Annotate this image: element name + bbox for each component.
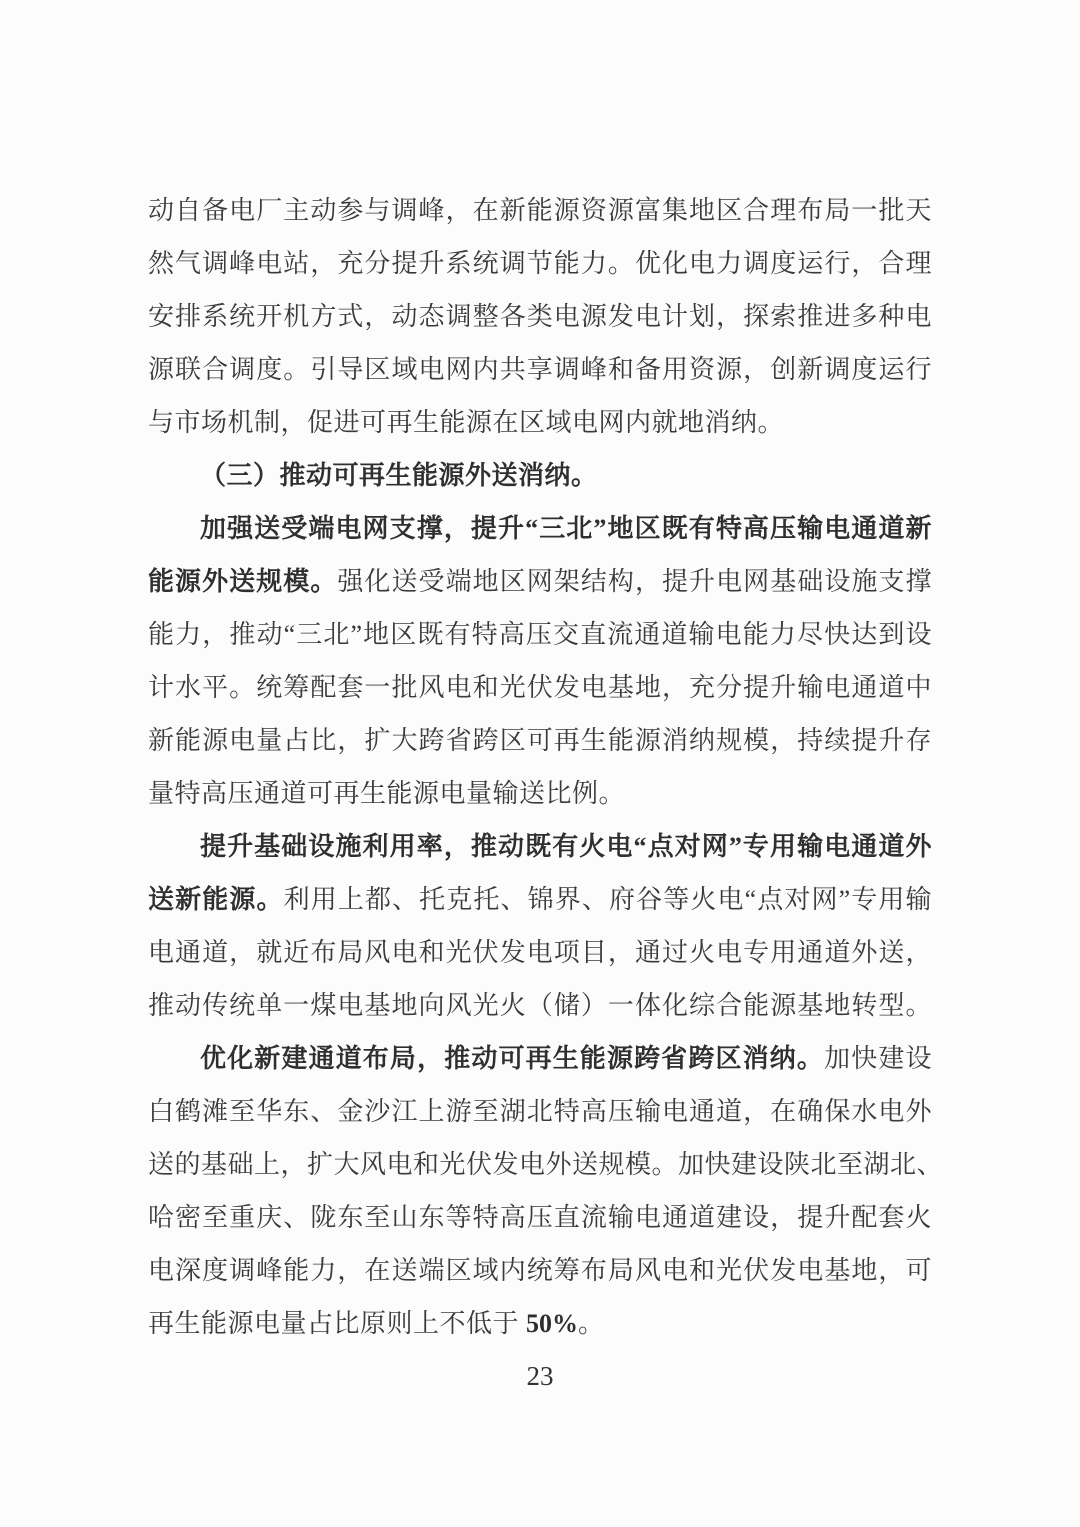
text-line: 量特高压通道可再生能源电量输送比例。 (148, 767, 932, 820)
text-line: 哈密至重庆、陇东至山东等特高压直流输电通道建设，提升配套火 (148, 1191, 932, 1244)
text-line: 源联合调度。引导区域电网内共享调峰和备用资源，创新调度运行 (148, 343, 932, 396)
text-line: （三）推动可再生能源外送消纳。 (148, 449, 932, 502)
document-page: 动自备电厂主动参与调峰，在新能源资源富集地区合理布局一批天然气调峰电站，充分提升… (0, 0, 1080, 1527)
text-segment: 送的基础上，扩大风电和光伏发电外送规模。加快建设陕北至湖北、 (148, 1150, 932, 1179)
text-line: 能力，推动“三北”地区既有特高压交直流通道输电能力尽快达到设 (148, 608, 932, 661)
text-line: 优化新建通道布局，推动可再生能源跨省跨区消纳。加快建设 (148, 1032, 932, 1085)
text-segment: 新能源电量占比，扩大跨省跨区可再生能源消纳规模，持续提升存 (148, 726, 932, 755)
text-segment: 加快建设 (824, 1044, 932, 1073)
text-segment: 源联合调度。引导区域电网内共享调峰和备用资源，创新调度运行 (148, 355, 932, 384)
text-segment: 加强送受端电网支撑，提升“三北”地区既有特高压输电通道新 (200, 514, 932, 543)
text-segment: 强化送受端地区网架结构，提升电网基础设施支撑 (337, 567, 932, 596)
text-line: 能源外送规模。强化送受端地区网架结构，提升电网基础设施支撑 (148, 555, 932, 608)
text-segment: 然气调峰电站，充分提升系统调节能力。优化电力调度运行，合理 (148, 249, 932, 278)
text-segment: 推动传统单一煤电基地向风光火（储）一体化综合能源基地转型。 (148, 991, 932, 1020)
text-segment: 计水平。统筹配套一批风电和光伏发电基地，充分提升输电通道中 (148, 673, 932, 702)
text-line: 推动传统单一煤电基地向风光火（储）一体化综合能源基地转型。 (148, 979, 932, 1032)
text-line: 然气调峰电站，充分提升系统调节能力。优化电力调度运行，合理 (148, 237, 932, 290)
text-line: 计水平。统筹配套一批风电和光伏发电基地，充分提升输电通道中 (148, 661, 932, 714)
text-segment: 能力，推动“三北”地区既有特高压交直流通道输电能力尽快达到设 (148, 620, 932, 649)
text-line: 送的基础上，扩大风电和光伏发电外送规模。加快建设陕北至湖北、 (148, 1138, 932, 1191)
text-segment: （三）推动可再生能源外送消纳。 (200, 461, 598, 490)
text-segment: 再生能源电量占比原则上不低于 (148, 1309, 526, 1338)
text-line: 与市场机制，促进可再生能源在区域电网内就地消纳。 (148, 396, 932, 449)
text-segment: 与市场机制，促进可再生能源在区域电网内就地消纳。 (148, 408, 784, 437)
text-line: 再生能源电量占比原则上不低于 50%。 (148, 1297, 932, 1350)
text-line: 新能源电量占比，扩大跨省跨区可再生能源消纳规模，持续提升存 (148, 714, 932, 767)
text-segment: 电深度调峰能力，在送端区域内统筹布局风电和光伏发电基地，可 (148, 1256, 932, 1285)
text-segment: 电通道，就近布局风电和光伏发电项目，通过火电专用通道外送， (148, 938, 932, 967)
text-line: 提升基础设施利用率，推动既有火电“点对网”专用输电通道外 (148, 820, 932, 873)
document-body: 动自备电厂主动参与调峰，在新能源资源富集地区合理布局一批天然气调峰电站，充分提升… (148, 184, 932, 1350)
text-segment: 利用上都、托克托、锦界、府谷等火电“点对网”专用输 (284, 885, 932, 914)
text-segment: 量特高压通道可再生能源电量输送比例。 (148, 779, 625, 808)
text-line: 送新能源。利用上都、托克托、锦界、府谷等火电“点对网”专用输 (148, 873, 932, 926)
page-number: 23 (148, 1350, 932, 1403)
text-segment: 提升基础设施利用率，推动既有火电“点对网”专用输电通道外 (200, 832, 932, 861)
text-line: 电通道，就近布局风电和光伏发电项目，通过火电专用通道外送， (148, 926, 932, 979)
text-line: 白鹤滩至华东、金沙江上游至湖北特高压输电通道，在确保水电外 (148, 1085, 932, 1138)
text-segment: 能源外送规模。 (148, 567, 337, 596)
text-line: 加强送受端电网支撑，提升“三北”地区既有特高压输电通道新 (148, 502, 932, 555)
text-segment-latin: 50% (526, 1309, 578, 1338)
text-segment: 动自备电厂主动参与调峰，在新能源资源富集地区合理布局一批天 (148, 196, 932, 225)
text-segment: 白鹤滩至华东、金沙江上游至湖北特高压输电通道，在确保水电外 (148, 1097, 932, 1126)
text-segment: 。 (578, 1309, 605, 1338)
text-segment: 送新能源。 (148, 885, 284, 914)
text-line: 安排系统开机方式，动态调整各类电源发电计划，探索推进多种电 (148, 290, 932, 343)
text-segment: 安排系统开机方式，动态调整各类电源发电计划，探索推进多种电 (148, 302, 932, 331)
text-segment: 优化新建通道布局，推动可再生能源跨省跨区消纳。 (200, 1044, 824, 1073)
text-line: 动自备电厂主动参与调峰，在新能源资源富集地区合理布局一批天 (148, 184, 932, 237)
text-segment: 哈密至重庆、陇东至山东等特高压直流输电通道建设，提升配套火 (148, 1203, 932, 1232)
text-line: 电深度调峰能力，在送端区域内统筹布局风电和光伏发电基地，可 (148, 1244, 932, 1297)
